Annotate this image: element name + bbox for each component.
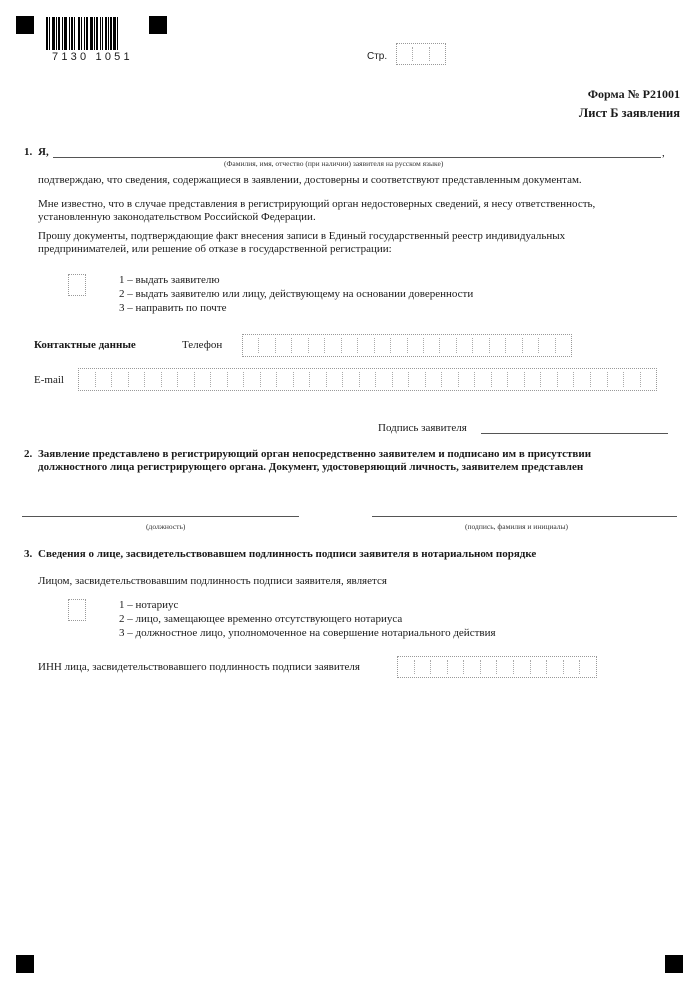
- char-cell[interactable]: [459, 372, 476, 387]
- applicant-signature-field[interactable]: [481, 433, 668, 434]
- char-cell[interactable]: [129, 372, 146, 387]
- char-cell[interactable]: [547, 660, 564, 674]
- section3-intro: Лицом, засвидетельствовавшим подлинность…: [38, 575, 387, 588]
- char-cell[interactable]: [79, 372, 96, 387]
- char-cell[interactable]: [162, 372, 179, 387]
- char-cell[interactable]: [277, 372, 294, 387]
- notary-option-2: 2 – лицо, замещающее временно отсутствую…: [119, 613, 402, 626]
- section3-title: Сведения о лице, засвидетельствовавшем п…: [38, 548, 536, 561]
- liability-line2: установленную законодательством Российск…: [38, 211, 316, 224]
- confirm-text: подтверждаю, что сведения, содержащиеся …: [38, 174, 582, 187]
- request-line1: Прошу документы, подтверждающие факт вне…: [38, 230, 565, 243]
- char-cell[interactable]: [309, 338, 325, 353]
- sheet-title: Лист Б заявления: [579, 107, 680, 120]
- corner-marker-bottom-left: [16, 955, 34, 973]
- section3-number: 3.: [24, 548, 32, 561]
- char-cell[interactable]: [261, 372, 278, 387]
- section1-lead: Я,: [38, 146, 49, 159]
- email-label: E-mail: [34, 374, 64, 387]
- char-cell[interactable]: [490, 338, 506, 353]
- char-cell[interactable]: [506, 338, 522, 353]
- applicant-name-field[interactable]: [53, 157, 661, 158]
- char-cell[interactable]: [624, 372, 641, 387]
- barcode: [46, 17, 120, 50]
- char-cell[interactable]: [393, 372, 410, 387]
- char-cell[interactable]: [473, 338, 489, 353]
- trailing-comma: ,: [662, 147, 665, 160]
- phone-label: Телефон: [182, 339, 222, 352]
- char-cell[interactable]: [96, 372, 113, 387]
- char-cell[interactable]: [440, 338, 456, 353]
- position-hint: (должность): [146, 522, 185, 531]
- char-cell[interactable]: [448, 660, 465, 674]
- delivery-option-2: 2 – выдать заявителю или лицу, действующ…: [119, 288, 473, 301]
- char-cell[interactable]: [426, 372, 443, 387]
- section2-line1: Заявление представлено в регистрирующий …: [38, 448, 591, 461]
- char-cell[interactable]: [310, 372, 327, 387]
- corner-marker-top-left: [16, 16, 34, 34]
- notary-option-1: 1 – нотариус: [119, 599, 178, 612]
- char-cell[interactable]: [360, 372, 377, 387]
- corner-marker-top-right: [149, 16, 167, 34]
- section2-number: 2.: [24, 448, 32, 461]
- delivery-option-3: 3 – направить по почте: [119, 302, 227, 315]
- request-line2: предпринимателей, или решение об отказе …: [38, 243, 392, 256]
- char-cell[interactable]: [641, 372, 657, 387]
- inn-label: ИНН лица, засвидетельствовавшего подлинн…: [38, 661, 360, 674]
- official-signature-field[interactable]: [372, 516, 677, 517]
- char-cell[interactable]: [475, 372, 492, 387]
- char-cell[interactable]: [591, 372, 608, 387]
- char-cell[interactable]: [558, 372, 575, 387]
- char-cell[interactable]: [541, 372, 558, 387]
- char-cell[interactable]: [294, 372, 311, 387]
- char-cell[interactable]: [211, 372, 228, 387]
- char-cell[interactable]: [415, 660, 432, 674]
- char-cell[interactable]: [228, 372, 245, 387]
- char-cell[interactable]: [145, 372, 162, 387]
- char-cell[interactable]: [497, 660, 514, 674]
- char-cell[interactable]: [492, 372, 509, 387]
- char-cell[interactable]: [442, 372, 459, 387]
- char-cell[interactable]: [259, 338, 275, 353]
- char-cell[interactable]: [276, 338, 292, 353]
- char-cell[interactable]: [112, 372, 129, 387]
- barcode-number: 7130 1051: [52, 51, 133, 63]
- form-number: Форма № Р21001: [588, 88, 680, 101]
- char-cell[interactable]: [243, 338, 259, 353]
- liability-line1: Мне известно, что в случае представления…: [38, 198, 595, 211]
- char-cell[interactable]: [564, 660, 581, 674]
- char-cell[interactable]: [424, 338, 440, 353]
- char-cell[interactable]: [343, 372, 360, 387]
- notary-type-box[interactable]: [68, 599, 86, 621]
- char-cell[interactable]: [178, 372, 195, 387]
- char-cell[interactable]: [391, 338, 407, 353]
- char-cell[interactable]: [556, 338, 571, 353]
- signature-hint: (подпись, фамилия и инициалы): [465, 522, 568, 531]
- char-cell[interactable]: [464, 660, 481, 674]
- char-cell[interactable]: [508, 372, 525, 387]
- section2-line2: должностного лица регистрирующего органа…: [38, 461, 583, 474]
- char-cell[interactable]: [608, 372, 625, 387]
- char-cell[interactable]: [431, 660, 448, 674]
- char-cell[interactable]: [358, 338, 374, 353]
- char-cell[interactable]: [327, 372, 344, 387]
- contacts-label: Контактные данные: [34, 339, 136, 352]
- char-cell[interactable]: [398, 660, 415, 674]
- char-cell[interactable]: [195, 372, 212, 387]
- delivery-method-box[interactable]: [68, 274, 86, 296]
- char-cell[interactable]: [457, 338, 473, 353]
- delivery-option-1: 1 – выдать заявителю: [119, 274, 220, 287]
- char-cell[interactable]: [481, 660, 498, 674]
- corner-marker-bottom-right: [665, 955, 683, 973]
- char-cell[interactable]: [514, 660, 531, 674]
- section1-number: 1.: [24, 146, 32, 159]
- char-cell[interactable]: [580, 660, 596, 674]
- page-label: Стр.: [367, 50, 387, 63]
- char-cell[interactable]: [325, 338, 341, 353]
- char-cell[interactable]: [409, 372, 426, 387]
- char-cell[interactable]: [523, 338, 539, 353]
- applicant-name-hint: (Фамилия, имя, отчество (при наличии) за…: [224, 159, 443, 168]
- official-position-field[interactable]: [22, 516, 299, 517]
- inn-field[interactable]: [397, 656, 597, 678]
- char-cell[interactable]: [376, 372, 393, 387]
- signature-label: Подпись заявителя: [378, 422, 467, 435]
- char-cell[interactable]: [574, 372, 591, 387]
- char-cell[interactable]: [408, 338, 424, 353]
- char-cell[interactable]: [375, 338, 391, 353]
- email-field[interactable]: [78, 368, 657, 391]
- char-cell[interactable]: [539, 338, 555, 353]
- char-cell[interactable]: [531, 660, 548, 674]
- phone-field[interactable]: [242, 334, 572, 357]
- page-number-field[interactable]: [396, 43, 446, 65]
- char-cell[interactable]: [525, 372, 542, 387]
- char-cell[interactable]: [342, 338, 358, 353]
- char-cell[interactable]: [292, 338, 308, 353]
- char-cell[interactable]: [244, 372, 261, 387]
- notary-option-3: 3 – должностное лицо, уполномоченное на …: [119, 627, 496, 640]
